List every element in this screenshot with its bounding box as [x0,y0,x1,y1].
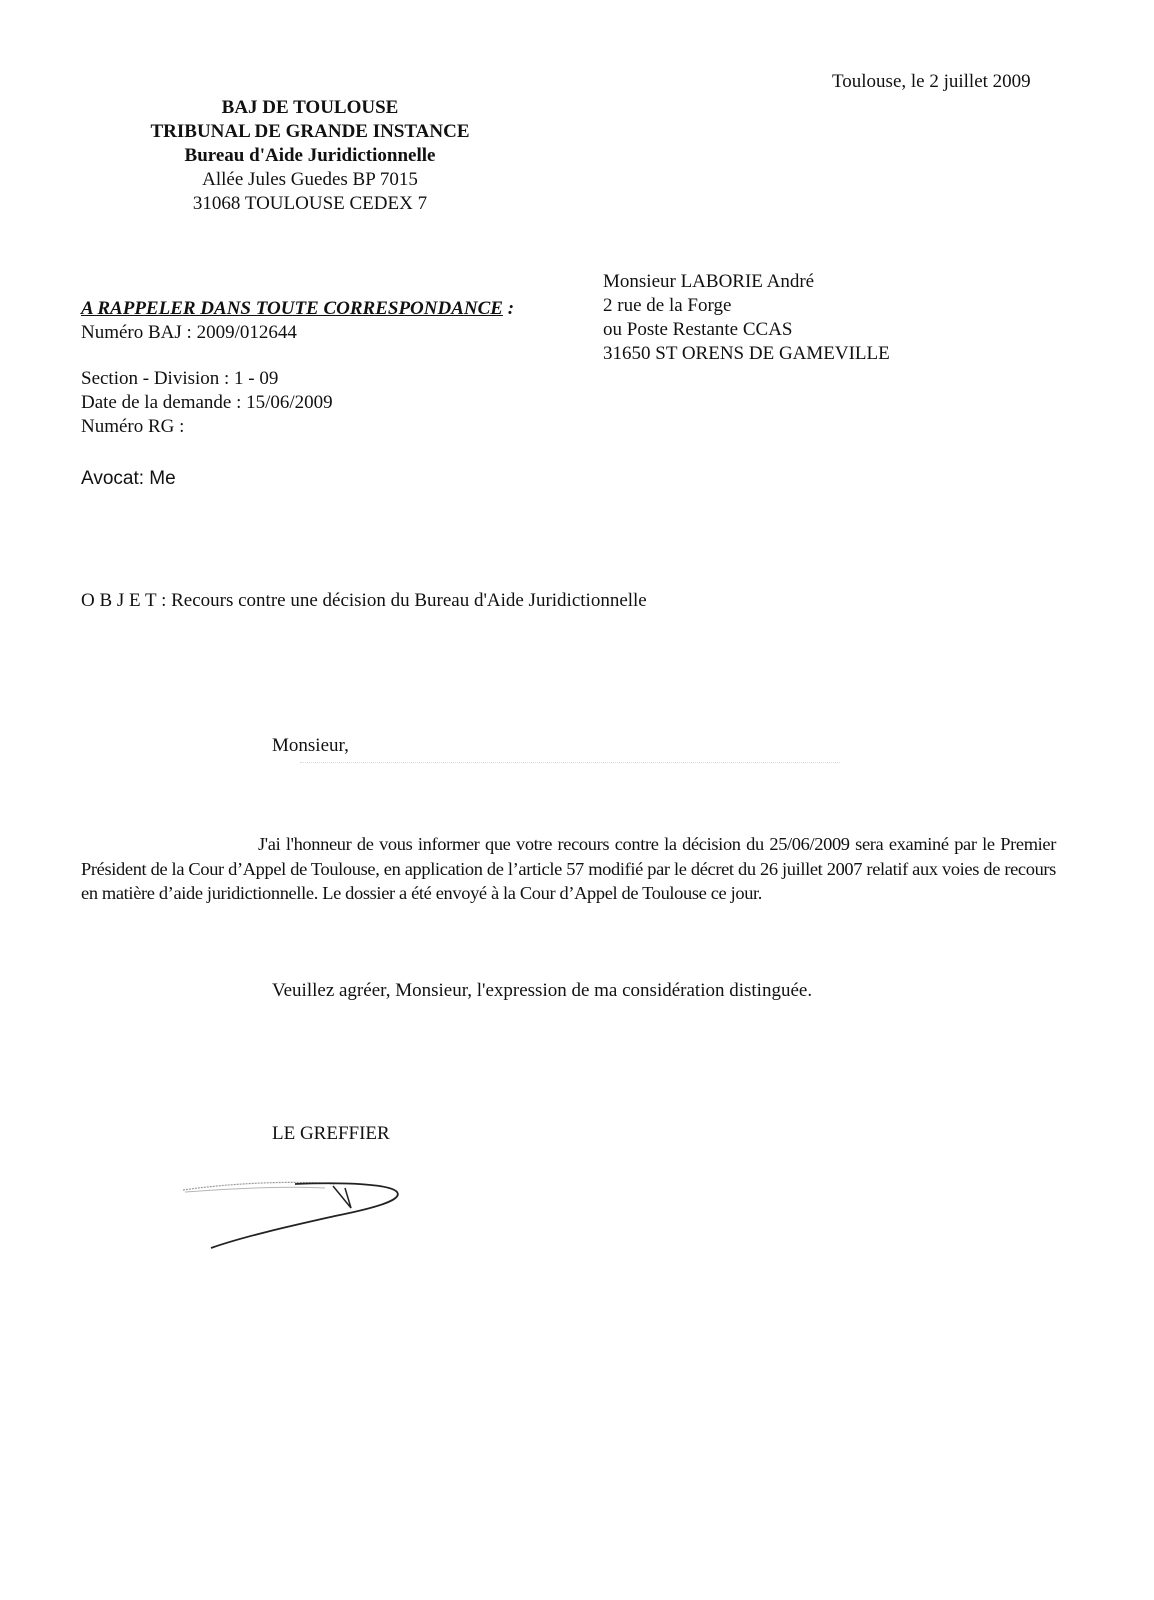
place-date: Toulouse, le 2 juillet 2009 [832,71,1031,93]
numero-baj: Numéro BAJ : 2009/012644 [81,321,514,345]
scan-artifact-divider [300,762,840,764]
sender-line: TRIBUNAL DE GRANDE INSTANCE [100,120,520,144]
date-demande: Date de la demande : 15/06/2009 [81,391,514,415]
numero-rg: Numéro RG : [81,415,514,439]
subject-line: O B J E T : Recours contre une décision … [81,590,647,612]
reference-block: A RAPPELER DANS TOUTE CORRESPONDANCE : N… [81,297,514,439]
recipient-line: 2 rue de la Forge [603,294,890,318]
recipient-block: Monsieur LABORIE André 2 rue de la Forge… [603,270,890,366]
recipient-line: 31650 ST ORENS DE GAMEVILLE [603,342,890,366]
avocat: Avocat: Me [81,468,176,490]
signer-title: LE GREFFIER [272,1123,390,1145]
section-division: Section - Division : 1 - 09 [81,367,514,391]
sender-line: BAJ DE TOULOUSE [100,96,520,120]
recipient-line: ou Poste Restante CCAS [603,318,890,342]
body-paragraph: J'ai l'honneur de vous informer que votr… [81,832,1056,906]
sender-line: 31068 TOULOUSE CEDEX 7 [100,192,520,216]
closing-formula: Veuillez agréer, Monsieur, l'expression … [272,980,812,1002]
sender-line: Bureau d'Aide Juridictionnelle [100,144,520,168]
sender-line: Allée Jules Guedes BP 7015 [100,168,520,192]
recipient-line: Monsieur LABORIE André [603,270,890,294]
reference-title: A RAPPELER DANS TOUTE CORRESPONDANCE : [81,297,514,321]
sender-block: BAJ DE TOULOUSE TRIBUNAL DE GRANDE INSTA… [100,96,520,216]
signature-icon [175,1170,415,1265]
salutation: Monsieur, [272,735,349,757]
